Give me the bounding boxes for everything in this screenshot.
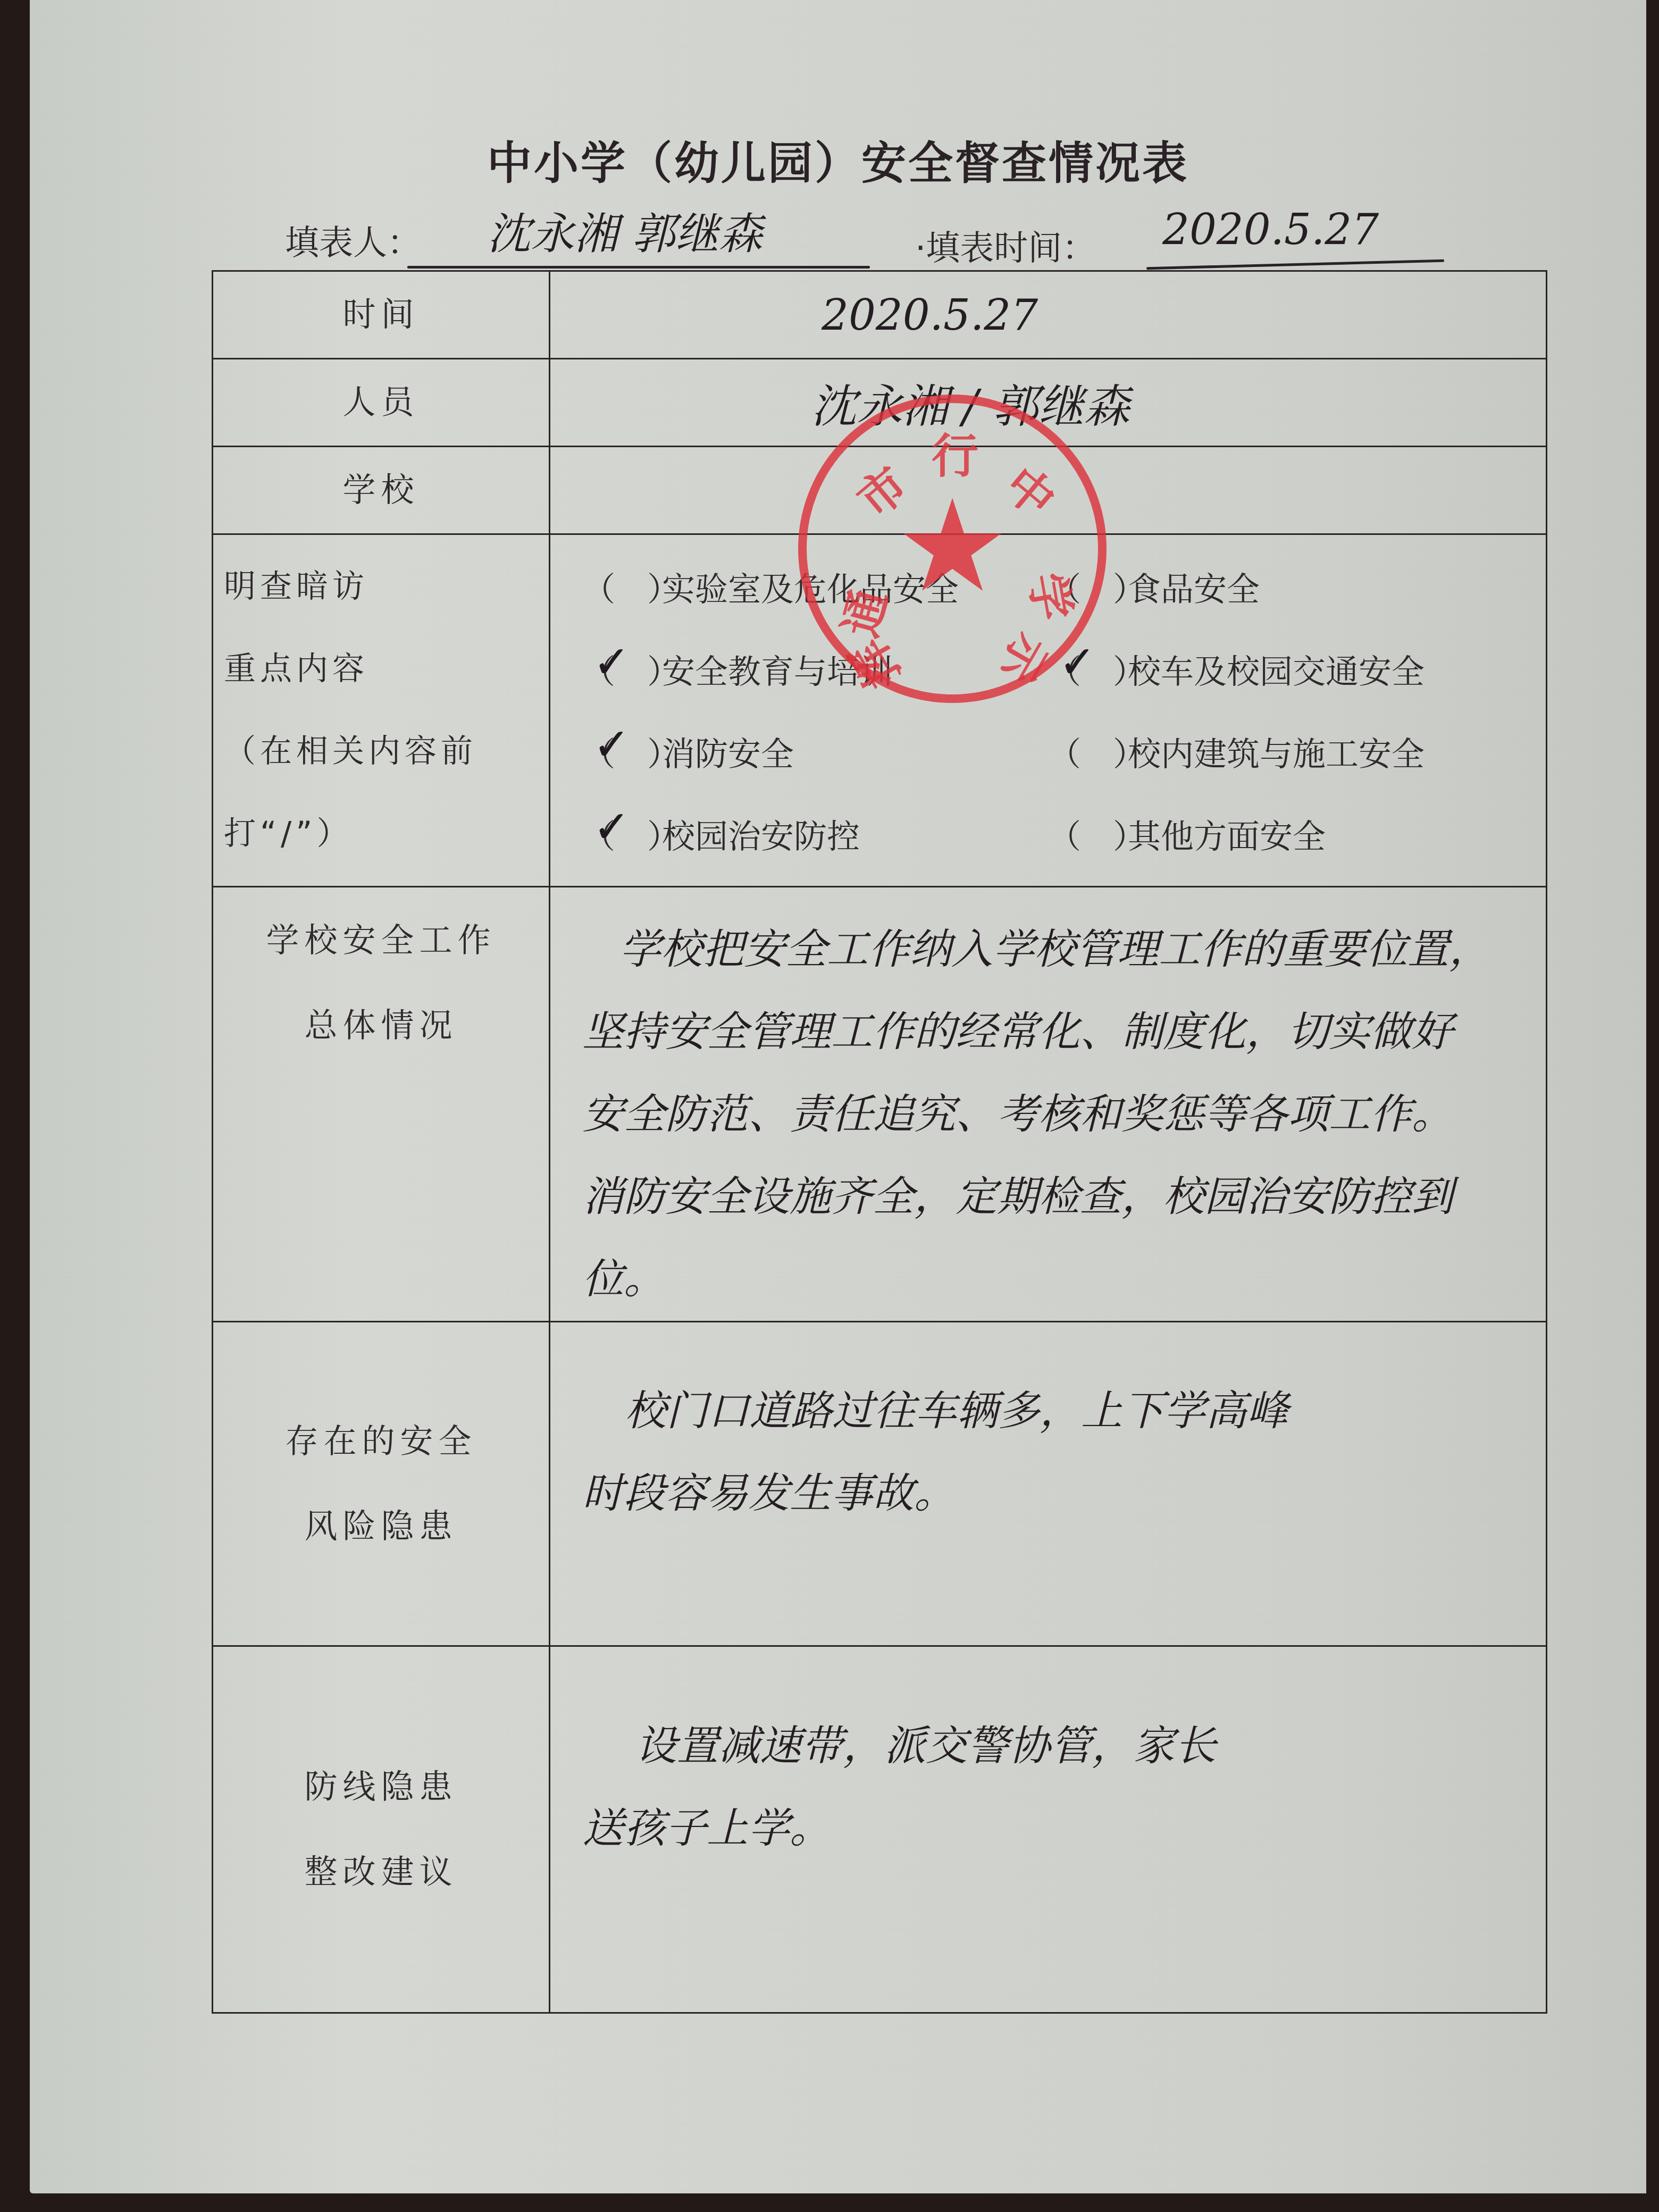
personnel-cell[interactable]: 沈永湘 / 郭继森 bbox=[550, 359, 1547, 447]
rectification-text-line: 设置减速带，派交警协管，家长 bbox=[582, 1705, 1514, 1788]
fill-time-value[interactable]: 2020.5.27 bbox=[1162, 205, 1379, 254]
checklist-item[interactable]: （）校内建筑与施工安全 bbox=[1048, 710, 1514, 793]
checkbox[interactable]: （） bbox=[1048, 810, 1128, 858]
risks-label: 存在的安全 风险隐患 bbox=[213, 1322, 550, 1646]
checkbox[interactable]: （）✓ bbox=[582, 810, 662, 858]
row-school: 学校 bbox=[213, 447, 1547, 534]
risks-text: 校门口道路过往车辆多，上下学高峰 时段容易发生事故。 bbox=[582, 1322, 1514, 1535]
rectification-label-line: 整改建议 bbox=[214, 1830, 548, 1915]
row-inspection-focus: 明查暗访 重点内容 （在相关内容前 打“/”） （）实验室及危化品安全（）食品安… bbox=[213, 534, 1547, 887]
fill-time-label: ·填表时间： bbox=[915, 221, 1096, 270]
school-cell[interactable] bbox=[550, 447, 1547, 534]
personnel-value: 沈永湘 / 郭继森 bbox=[811, 380, 1130, 433]
check-mark-icon: ✓ bbox=[593, 636, 630, 688]
overall-label: 学校安全工作 总体情况 bbox=[213, 887, 550, 1322]
check-mark-icon: ✓ bbox=[593, 801, 630, 853]
row-risks: 存在的安全 风险隐患 校门口道路过往车辆多，上下学高峰 时段容易发生事故。 bbox=[213, 1322, 1547, 1646]
overall-text-line: 学校把安全工作纳入学校管理工作的重要位置， bbox=[582, 909, 1514, 991]
checkbox[interactable]: （） bbox=[1048, 563, 1128, 610]
rectification-label-line: 防线隐患 bbox=[214, 1745, 548, 1830]
filler-info-row: 填表人： 沈永湘 郭继森 ·填表时间： 2020.5.27 bbox=[285, 210, 1444, 269]
inspection-label-line: 打“/”） bbox=[224, 793, 548, 875]
checkbox[interactable]: （）✓ bbox=[582, 728, 662, 775]
overall-text: 学校把安全工作纳入学校管理工作的重要位置， 坚持安全管理工作的经常化、制度化，切… bbox=[582, 887, 1514, 1321]
inspection-label-line: 明查暗访 bbox=[224, 546, 548, 628]
personnel-label: 人员 bbox=[213, 359, 550, 447]
paper-sheet: 中小学（幼儿园）安全督查情况表 填表人： 沈永湘 郭继森 ·填表时间： 2020… bbox=[30, 0, 1646, 2193]
checklist-item[interactable]: （）✓消防安全 bbox=[582, 710, 1048, 793]
time-value: 2020.5.27 bbox=[822, 290, 1038, 340]
form-title: 中小学（幼儿园）安全督查情况表 bbox=[30, 128, 1646, 192]
risks-text-line: 校门口道路过往车辆多，上下学高峰 bbox=[582, 1370, 1514, 1453]
row-personnel: 人员 沈永湘 / 郭继森 bbox=[213, 359, 1547, 447]
overall-cell[interactable]: 学校把安全工作纳入学校管理工作的重要位置， 坚持安全管理工作的经常化、制度化，切… bbox=[550, 887, 1547, 1322]
rectification-text: 设置减速带，派交警协管，家长 送孩子上学。 bbox=[582, 1647, 1514, 1870]
inspection-cell: （）实验室及危化品安全（）食品安全（）✓安全教育与培训（）✓校车及校园交通安全（… bbox=[550, 534, 1547, 887]
checkbox[interactable]: （） bbox=[1048, 728, 1128, 775]
risks-label-line: 存在的安全 bbox=[214, 1399, 548, 1484]
overall-label-line: 学校安全工作 bbox=[214, 898, 548, 983]
inspection-form-table: 时间 2020.5.27 人员 沈永湘 / 郭继森 学校 明查暗访 重点内容 （… bbox=[212, 270, 1547, 2014]
rectification-cell[interactable]: 设置减速带，派交警协管，家长 送孩子上学。 bbox=[550, 1646, 1547, 2013]
risks-text-line: 时段容易发生事故。 bbox=[582, 1453, 1514, 1535]
row-rectification: 防线隐患 整改建议 设置减速带，派交警协管，家长 送孩子上学。 bbox=[213, 1646, 1547, 2013]
time-cell[interactable]: 2020.5.27 bbox=[550, 271, 1547, 359]
checkbox[interactable]: （）✓ bbox=[1048, 646, 1128, 693]
checklist-item[interactable]: （）食品安全 bbox=[1048, 546, 1514, 628]
inspection-label-line: （在相关内容前 bbox=[224, 710, 548, 793]
inspection-label-line: 重点内容 bbox=[224, 628, 548, 710]
checklist-item[interactable]: （）✓校园治安防控 bbox=[582, 793, 1048, 875]
overall-text-line: 坚持安全管理工作的经常化、制度化，切实做好 bbox=[582, 991, 1514, 1074]
check-mark-icon: ✓ bbox=[593, 718, 630, 770]
rectification-label: 防线隐患 整改建议 bbox=[213, 1646, 550, 2013]
rectification-text-line: 送孩子上学。 bbox=[582, 1788, 1514, 1870]
time-label: 时间 bbox=[213, 271, 550, 359]
school-label: 学校 bbox=[213, 447, 550, 534]
risks-cell[interactable]: 校门口道路过往车辆多，上下学高峰 时段容易发生事故。 bbox=[550, 1322, 1547, 1646]
overall-text-line: 消防安全设施齐全，定期检查，校园治安防控到位。 bbox=[582, 1156, 1514, 1321]
inspection-checklist: （）实验室及危化品安全（）食品安全（）✓安全教育与培训（）✓校车及校园交通安全（… bbox=[582, 535, 1514, 886]
checklist-item[interactable]: （）✓校车及校园交通安全 bbox=[1048, 628, 1514, 710]
checkbox[interactable]: （）✓ bbox=[582, 646, 662, 693]
filler-label: 填表人： bbox=[285, 215, 421, 264]
filler-signature[interactable]: 沈永湘 郭继森 bbox=[487, 199, 763, 262]
row-overall: 学校安全工作 总体情况 学校把安全工作纳入学校管理工作的重要位置， 坚持安全管理… bbox=[213, 887, 1547, 1322]
checkbox[interactable]: （） bbox=[582, 563, 662, 610]
overall-label-line: 总体情况 bbox=[214, 983, 548, 1068]
checklist-item[interactable]: （）实验室及危化品安全 bbox=[582, 546, 1048, 628]
checklist-item[interactable]: （）✓安全教育与培训 bbox=[582, 628, 1048, 710]
overall-text-line: 安全防范、责任追究、考核和奖惩等各项工作。 bbox=[582, 1074, 1514, 1156]
checklist-item[interactable]: （）其他方面安全 bbox=[1048, 793, 1514, 875]
risks-label-line: 风险隐患 bbox=[214, 1484, 548, 1569]
fill-time-underline bbox=[1146, 259, 1444, 270]
inspection-label: 明查暗访 重点内容 （在相关内容前 打“/”） bbox=[213, 534, 550, 887]
check-mark-icon: ✓ bbox=[1059, 636, 1096, 688]
filler-underline bbox=[407, 266, 870, 269]
row-time: 时间 2020.5.27 bbox=[213, 271, 1547, 359]
